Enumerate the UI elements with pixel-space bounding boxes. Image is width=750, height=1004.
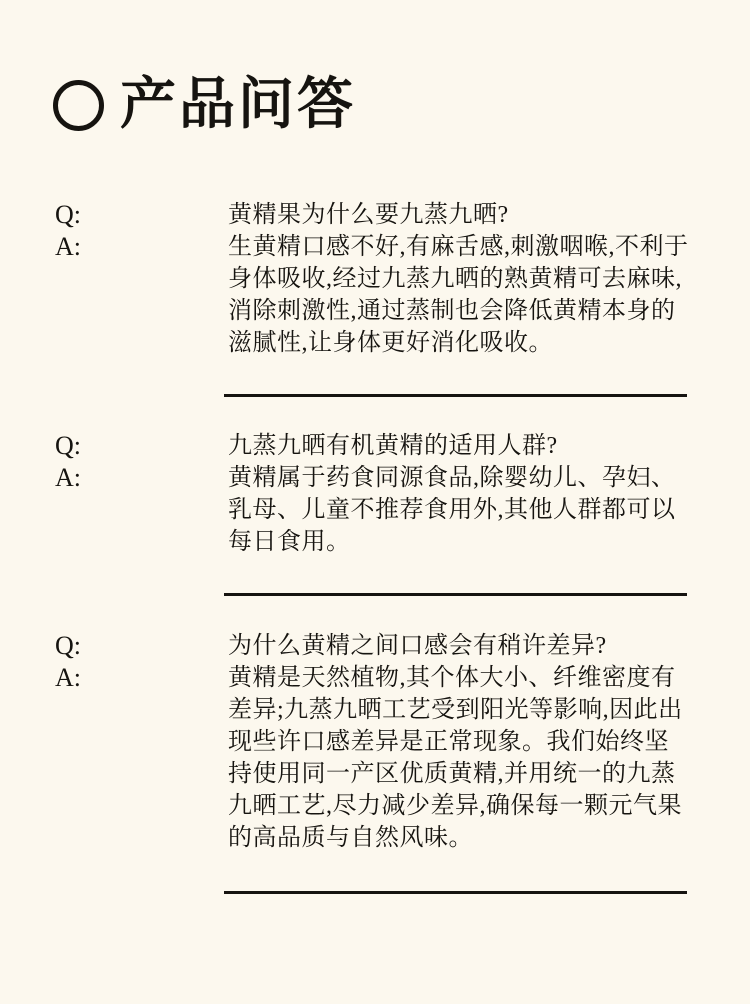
answer-row: A: 黄精属于药食同源食品,除婴幼儿、孕妇、乳母、儿童不推荐食用外,其他人群都可… [55,462,691,558]
question-row: Q: 为什么黄精之间口感会有稍许差异? [55,630,691,662]
qa-block-3: Q: 为什么黄精之间口感会有稍许差异? A: 黄精是天然植物,其个体大小、纤维密… [55,630,691,854]
q-label: Q: [55,430,228,462]
answer-text: 黄精是天然植物,其个体大小、纤维密度有差异;九蒸九晒工艺受到阳光等影响,因此出现… [228,662,691,854]
answer-text: 生黄精口感不好,有麻舌感,刺激咽喉,不利于身体吸收,经过九蒸九晒的熟黄精可去麻味… [228,231,691,359]
qa-block-1: Q: 黄精果为什么要九蒸九晒? A: 生黄精口感不好,有麻舌感,刺激咽喉,不利于… [55,199,691,359]
question-text: 黄精果为什么要九蒸九晒? [228,199,691,231]
page-header: 产品问答 [53,74,356,136]
circle-outline-icon [53,80,104,131]
q-label: Q: [55,199,228,231]
answer-row: A: 生黄精口感不好,有麻舌感,刺激咽喉,不利于身体吸收,经过九蒸九晒的熟黄精可… [55,231,691,359]
question-row: Q: 九蒸九晒有机黄精的适用人群? [55,430,691,462]
question-text: 为什么黄精之间口感会有稍许差异? [228,630,691,662]
section-divider [224,394,687,397]
a-label: A: [55,462,228,494]
qa-block-2: Q: 九蒸九晒有机黄精的适用人群? A: 黄精属于药食同源食品,除婴幼儿、孕妇、… [55,430,691,558]
q-label: Q: [55,630,228,662]
answer-text: 黄精属于药食同源食品,除婴幼儿、孕妇、乳母、儿童不推荐食用外,其他人群都可以每日… [228,462,691,558]
product-qa-page: 产品问答 Q: 黄精果为什么要九蒸九晒? A: 生黄精口感不好,有麻舌感,刺激咽… [0,0,750,1004]
a-label: A: [55,662,228,694]
question-text: 九蒸九晒有机黄精的适用人群? [228,430,691,462]
section-divider [224,593,687,596]
page-title: 产品问答 [120,74,356,136]
question-row: Q: 黄精果为什么要九蒸九晒? [55,199,691,231]
answer-row: A: 黄精是天然植物,其个体大小、纤维密度有差异;九蒸九晒工艺受到阳光等影响,因… [55,662,691,854]
section-divider [224,891,687,894]
a-label: A: [55,231,228,263]
